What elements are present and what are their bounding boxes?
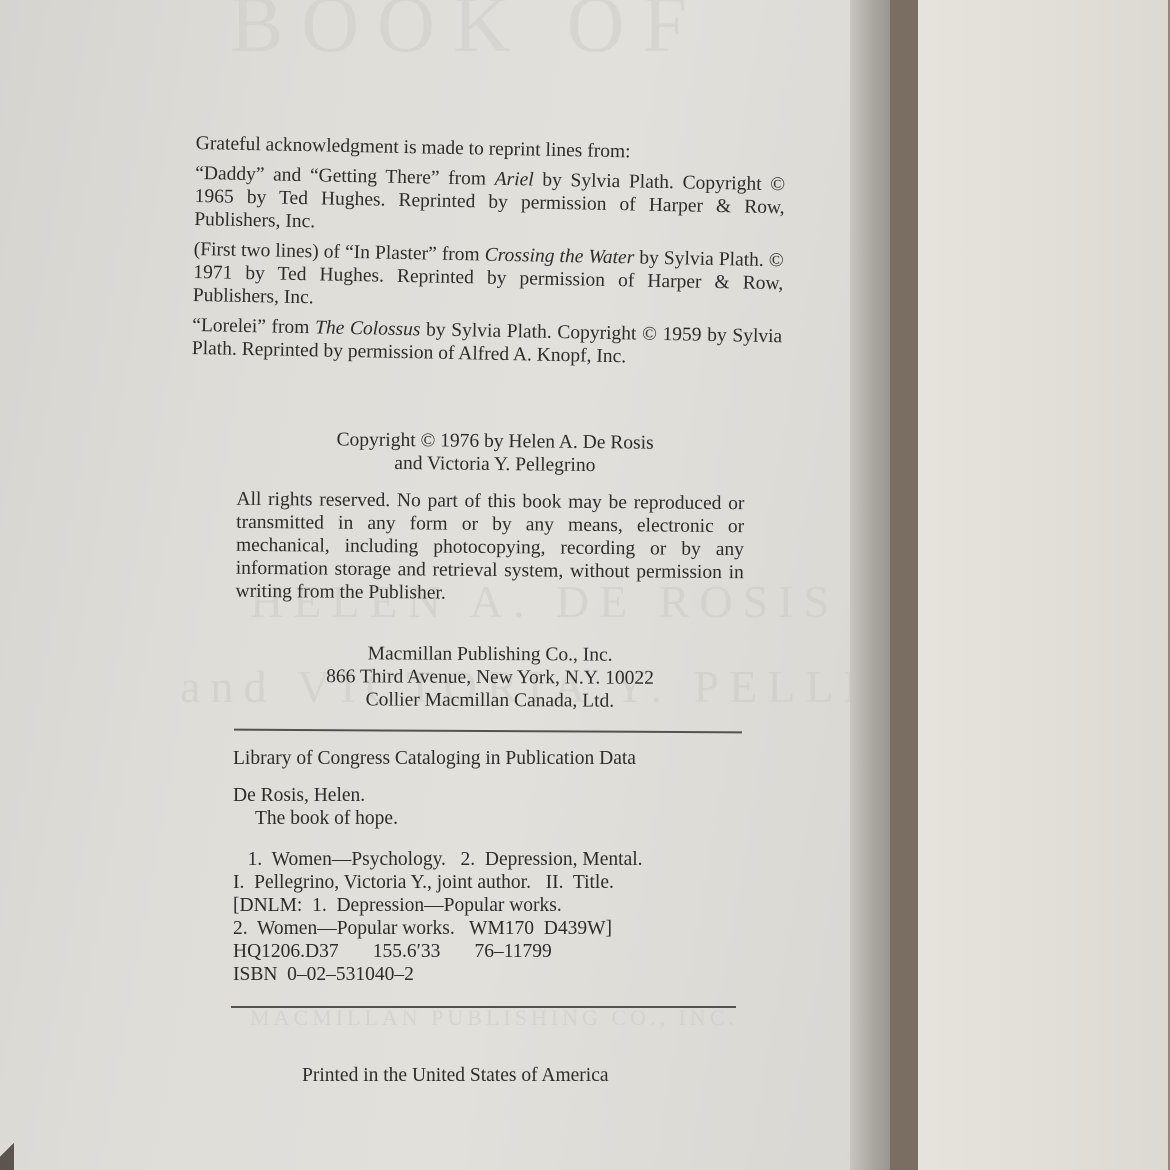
publisher-info: Macmillan Publishing Co., Inc. 866 Third…: [275, 642, 705, 713]
acknowledgment-entry: “Daddy” and “Getting There” from Ariel b…: [194, 162, 785, 242]
rights-reserved: All rights reserved. No part of this boo…: [236, 488, 745, 607]
work-title: Ariel: [494, 169, 533, 191]
cip-title: The book of hope.: [233, 807, 753, 830]
cip-isbn: ISBN 0–02–531040–2: [233, 963, 753, 986]
copyright-line-2: and Victoria Y. Pellegrino: [290, 451, 700, 478]
bleed-through-title: BOOK OF: [230, 0, 705, 71]
copyright-line-1: Copyright © 1976 by Helen A. De Rosis: [290, 428, 700, 455]
bleed-through-publisher: MACMILLAN PUBLISHING CO., INC.: [250, 1005, 738, 1031]
publisher-canada: Collier Macmillan Canada, Ltd.: [275, 688, 705, 713]
cip-line: [DNLM: 1. Depression—Popular works.: [233, 894, 753, 917]
acknowledgment-entry: “Lorelei” from The Colossus by Sylvia Pl…: [192, 314, 783, 371]
printed-in: Printed in the United States of America: [302, 1064, 722, 1087]
cip-data: Library of Congress Cataloging in Public…: [233, 747, 753, 986]
cip-heading: Library of Congress Cataloging in Public…: [233, 747, 753, 770]
divider-bottom: [231, 1006, 736, 1008]
cip-author: De Rosis, Helen.: [233, 784, 753, 807]
work-title: The Colossus: [315, 317, 421, 340]
cip-line: HQ1206.D37 155.6′33 76–11799: [233, 940, 753, 963]
work-title: Crossing the Water: [485, 245, 635, 269]
facing-page: [918, 0, 1168, 1170]
cip-line: 1. Women—Psychology. 2. Depression, Ment…: [233, 848, 753, 871]
page-edge: [850, 0, 890, 1170]
copyright-notice: Copyright © 1976 by Helen A. De Rosis an…: [290, 428, 700, 478]
corner-shadow: [0, 1130, 14, 1170]
acknowledgments-section: Grateful acknowledgment is made to repri…: [191, 132, 785, 378]
publisher-address: 866 Third Avenue, New York, N.Y. 10022: [275, 665, 705, 690]
binding-strip: [890, 0, 918, 1170]
acknowledgment-entry: (First two lines) of “In Plaster” from C…: [193, 238, 784, 318]
cip-line: I. Pellegrino, Victoria Y., joint author…: [233, 871, 753, 894]
cip-line: 2. Women—Popular works. WM170 D439W]: [233, 917, 753, 940]
publisher-name: Macmillan Publishing Co., Inc.: [275, 642, 705, 667]
